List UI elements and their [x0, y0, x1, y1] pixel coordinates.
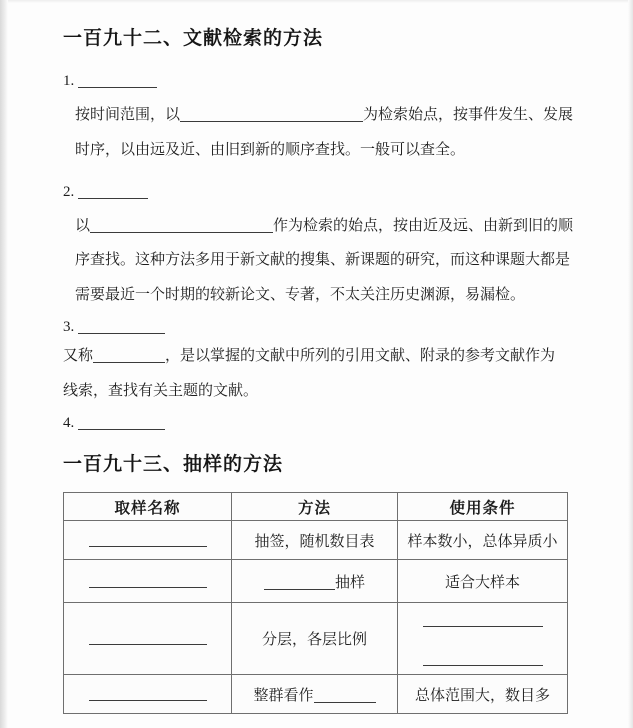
item-2-line-1: 以作为检索的始点，按由近及远、由新到旧的顺: [75, 216, 573, 236]
cell-method: 整群看作: [232, 675, 398, 714]
table-header-row: 取样名称 方法 使用条件: [64, 493, 568, 521]
cell-condition: 样本数小，总体异质小: [398, 521, 568, 560]
sampling-methods-table: 取样名称 方法 使用条件 抽签，随机数目表 样本数小，总体异质小 抽样 适合大样…: [63, 492, 568, 714]
cell-method: 分层，各层比例: [232, 603, 398, 675]
item-3-number-line: 3.: [63, 317, 165, 337]
fill-in-blank: [423, 651, 543, 666]
cell-condition-blanks: [398, 603, 568, 675]
item-1-line-1: 按时间范围，以为检索始点，按事件发生、发展: [75, 105, 573, 125]
fill-in-blank: [78, 319, 165, 334]
text-run: 整群看作: [253, 688, 313, 704]
fill-in-blank: [180, 107, 363, 122]
section-heading-193: 一百九十三、抽样的方法: [63, 454, 283, 476]
fill-in-blank: [90, 218, 273, 233]
text-run: ，是以掌握的文献中所列的引用文献、附录的参考文献作为: [165, 348, 555, 364]
item-4-number-line: 4.: [63, 413, 165, 433]
table-row: 抽样 适合大样本: [64, 560, 568, 603]
item-3-line-2: 线索，查找有关主题的文献。: [63, 381, 258, 401]
table-row: 分层，各层比例: [64, 603, 568, 675]
text-run: 序查找。这种方法多用于新文献的搜集、新课题的研究，而这种课题大都是: [75, 252, 570, 268]
cell-method: 抽样: [232, 560, 398, 603]
text-run: 以: [75, 218, 90, 234]
cell-name-blank: [64, 521, 232, 560]
fill-in-blank: [78, 73, 157, 88]
scanned-document-page: 一百九十二、文献检索的方法 1. 按时间范围，以为检索始点，按事件发生、发展 时…: [0, 0, 633, 728]
page-right-edge-shadow: [628, 0, 633, 728]
item-2-line-3: 需要最近一个时期的较新论文、专著，不太关注历史渊源，易漏检。: [75, 285, 525, 305]
table-row: 抽签，随机数目表 样本数小，总体异质小: [64, 521, 568, 560]
item-2-number: 2.: [63, 184, 74, 200]
item-2-line-2: 序查找。这种方法多用于新文献的搜集、新课题的研究，而这种课题大都是: [75, 250, 570, 270]
item-1-number: 1.: [63, 73, 74, 89]
cell-condition: 适合大样本: [398, 560, 568, 603]
section-heading-192: 一百九十二、文献检索的方法: [63, 28, 323, 50]
text-run: 又称: [63, 348, 93, 364]
item-4-number: 4.: [63, 415, 74, 431]
cell-name-blank: [64, 675, 232, 714]
text-run: 需要最近一个时期的较新论文、专著，不太关注历史渊源，易漏检。: [75, 287, 525, 303]
text-run: 抽样: [335, 575, 365, 591]
col-header-method: 方法: [232, 493, 398, 521]
fill-in-blank: [89, 532, 207, 547]
fill-in-blank: [423, 612, 543, 627]
fill-in-blank: [89, 630, 207, 645]
page-left-edge-shadow: [0, 0, 8, 728]
item-3-number: 3.: [63, 319, 74, 335]
item-1-number-line: 1.: [63, 71, 157, 91]
page-top-edge-shadow: [0, 0, 633, 3]
fill-in-blank: [78, 184, 148, 199]
table-row: 整群看作 总体范围大，数目多: [64, 675, 568, 714]
item-1-line-2: 时序，以由远及近、由旧到新的顺序查找。一般可以查全。: [75, 140, 465, 160]
text-run: 时序，以由远及近、由旧到新的顺序查找。一般可以查全。: [75, 142, 465, 158]
item-2-number-line: 2.: [63, 182, 148, 202]
fill-in-blank: [93, 348, 165, 363]
fill-in-blank: [89, 573, 207, 588]
item-3-line-1: 又称，是以掌握的文献中所列的引用文献、附录的参考文献作为: [63, 346, 555, 366]
text-run: 线索，查找有关主题的文献。: [63, 383, 258, 399]
cell-method: 抽签，随机数目表: [232, 521, 398, 560]
text-run: 作为检索的始点，按由近及远、由新到旧的顺: [273, 218, 573, 234]
text-run: 按时间范围，以: [75, 107, 180, 123]
cell-condition: 总体范围大，数目多: [398, 675, 568, 714]
cell-name-blank: [64, 560, 232, 603]
col-header-sample-name: 取样名称: [64, 493, 232, 521]
col-header-use-condition: 使用条件: [398, 493, 568, 521]
fill-in-blank: [78, 415, 165, 430]
fill-in-blank: [264, 575, 335, 590]
fill-in-blank: [314, 688, 376, 703]
fill-in-blank: [89, 686, 207, 701]
cell-name-blank: [64, 603, 232, 675]
text-run: 为检索始点，按事件发生、发展: [363, 107, 573, 123]
